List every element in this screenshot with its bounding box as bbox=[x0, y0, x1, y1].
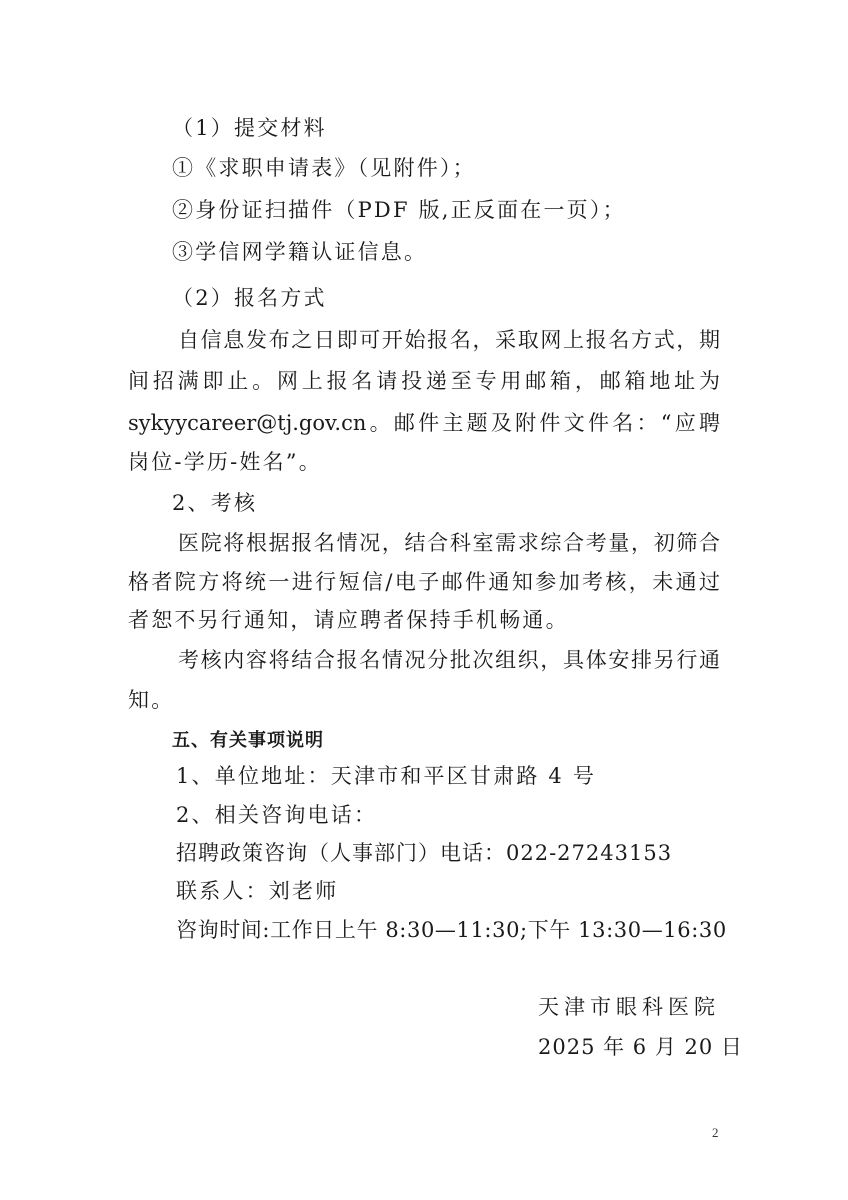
materials-heading: （1）提交材料 bbox=[172, 114, 327, 142]
assessment-paragraph-line: 者恕不另行通知，请应聘者保持手机畅通。 bbox=[128, 606, 569, 634]
notes-address: 1、单位地址：天津市和平区甘肃路 4 号 bbox=[176, 762, 596, 790]
notes-phone: 招聘政策咨询（人事部门）电话：022-27243153 bbox=[176, 839, 672, 867]
registration-paragraph-line: sykyycareer@tj.gov.cn。邮件主题及附件文件名：“应聘 bbox=[128, 409, 720, 437]
signature-date: 2025 年 6 月 20 日 bbox=[538, 1033, 743, 1061]
materials-item-1: ①《求职申请表》（见附件）； bbox=[172, 154, 476, 182]
registration-paragraph-line: 岗位-学历-姓名”。 bbox=[128, 448, 322, 476]
document-page: （1）提交材料 ①《求职申请表》（见附件）； ②身份证扫描件（PDF 版,正反面… bbox=[0, 0, 848, 1200]
registration-paragraph-line: 间招满即止。网上报名请投递至专用邮箱，邮箱地址为 bbox=[128, 367, 720, 395]
registration-heading: （2）报名方式 bbox=[172, 284, 327, 312]
assessment-paragraph-line: 知。 bbox=[128, 686, 174, 714]
notes-heading: 五、有关事项说明 bbox=[172, 727, 324, 755]
assessment-paragraph-line: 医院将根据报名情况，结合科室需求综合考量，初筛合 bbox=[178, 529, 720, 557]
materials-item-3: ③学信网学籍认证信息。 bbox=[172, 238, 427, 266]
notes-hours: 咨询时间:工作日上午 8:30—11:30;下午 13:30—16:30 bbox=[176, 916, 727, 944]
notes-phone-heading: 2、相关咨询电话： bbox=[176, 801, 377, 829]
notes-contact: 联系人：刘老师 bbox=[176, 877, 338, 905]
signature-organization: 天津市眼科医院 bbox=[538, 993, 720, 1021]
materials-item-2: ②身份证扫描件（PDF 版,正反面在一页）； bbox=[172, 196, 626, 224]
assessment-paragraph-line: 格者院方将统一进行短信/电子邮件通知参加考核，未通过 bbox=[128, 568, 720, 596]
page-number: 2 bbox=[712, 1125, 719, 1141]
assessment-heading: 2、考核 bbox=[172, 489, 257, 517]
registration-paragraph-line: 自信息发布之日即可开始报名，采取网上报名方式，期 bbox=[178, 326, 720, 354]
assessment-paragraph-line: 考核内容将结合报名情况分批次组织，具体安排另行通 bbox=[178, 646, 720, 674]
